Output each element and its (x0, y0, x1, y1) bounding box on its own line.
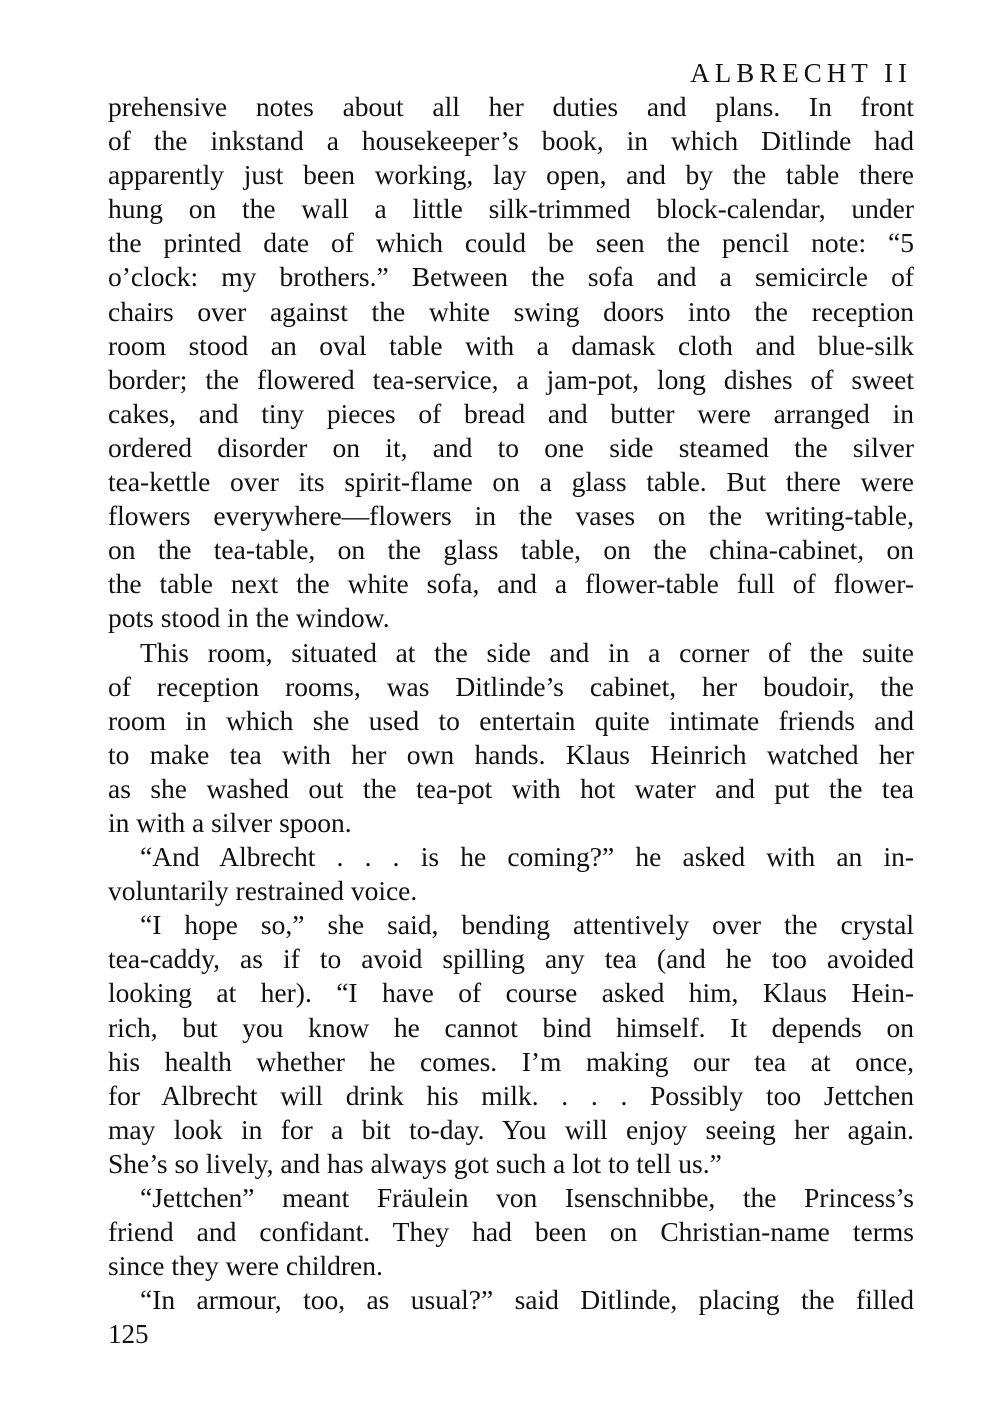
text-line: “In armour, too, as usual?” said Ditlind… (108, 1283, 914, 1317)
text-line: of reception rooms, was Ditlinde’s cabin… (108, 670, 914, 704)
text-line: “I hope so,” she said, bending attentive… (108, 908, 914, 942)
text-line: for Albrecht will drink his milk. . . . … (108, 1079, 914, 1113)
text-line: chairs over against the white swing door… (108, 295, 914, 329)
text-line: to make tea with her own hands. Klaus He… (108, 738, 914, 772)
text-line: friend and confidant. They had been on C… (108, 1215, 914, 1249)
text-line: his health whether he comes. I’m making … (108, 1045, 914, 1079)
page-number: 125 (108, 1317, 914, 1351)
text-line: ordered disorder on it, and to one side … (108, 431, 914, 465)
book-page: ALBRECHT II prehensive notes about all h… (108, 56, 914, 1351)
text-line: voluntarily restrained voice. (108, 874, 914, 908)
text-line: border; the flowered tea-service, a jam-… (108, 363, 914, 397)
text-line: pots stood in the window. (108, 601, 914, 635)
text-line: tea-caddy, as if to avoid spilling any t… (108, 942, 914, 976)
text-line: cakes, and tiny pieces of bread and butt… (108, 397, 914, 431)
running-head: ALBRECHT II (108, 56, 914, 90)
text-line: hung on the wall a little silk-trimmed b… (108, 192, 914, 226)
text-line: in with a silver spoon. (108, 806, 914, 840)
text-line: “Jettchen” meant Fräulein von Isenschnib… (108, 1181, 914, 1215)
text-line: flowers everywhere—flowers in the vases … (108, 499, 914, 533)
body-text: prehensive notes about all her duties an… (108, 90, 914, 1317)
text-line: the table next the white sofa, and a flo… (108, 567, 914, 601)
text-line: apparently just been working, lay open, … (108, 158, 914, 192)
text-line: since they were children. (108, 1249, 914, 1283)
text-line: rich, but you know he cannot bind himsel… (108, 1011, 914, 1045)
text-line: looking at her). “I have of course asked… (108, 976, 914, 1010)
text-line: of the inkstand a housekeeper’s book, in… (108, 124, 914, 158)
text-line: This room, situated at the side and in a… (108, 636, 914, 670)
text-line: room in which she used to entertain quit… (108, 704, 914, 738)
text-line: She’s so lively, and has always got such… (108, 1147, 914, 1181)
text-line: tea-kettle over its spirit-flame on a gl… (108, 465, 914, 499)
text-line: the printed date of which could be seen … (108, 226, 914, 260)
text-line: on the tea-table, on the glass table, on… (108, 533, 914, 567)
text-line: “And Albrecht . . . is he coming?” he as… (108, 840, 914, 874)
text-line: o’clock: my brothers.” Between the sofa … (108, 260, 914, 294)
text-line: room stood an oval table with a damask c… (108, 329, 914, 363)
text-line: may look in for a bit to-day. You will e… (108, 1113, 914, 1147)
text-line: prehensive notes about all her duties an… (108, 90, 914, 124)
text-line: as she washed out the tea-pot with hot w… (108, 772, 914, 806)
